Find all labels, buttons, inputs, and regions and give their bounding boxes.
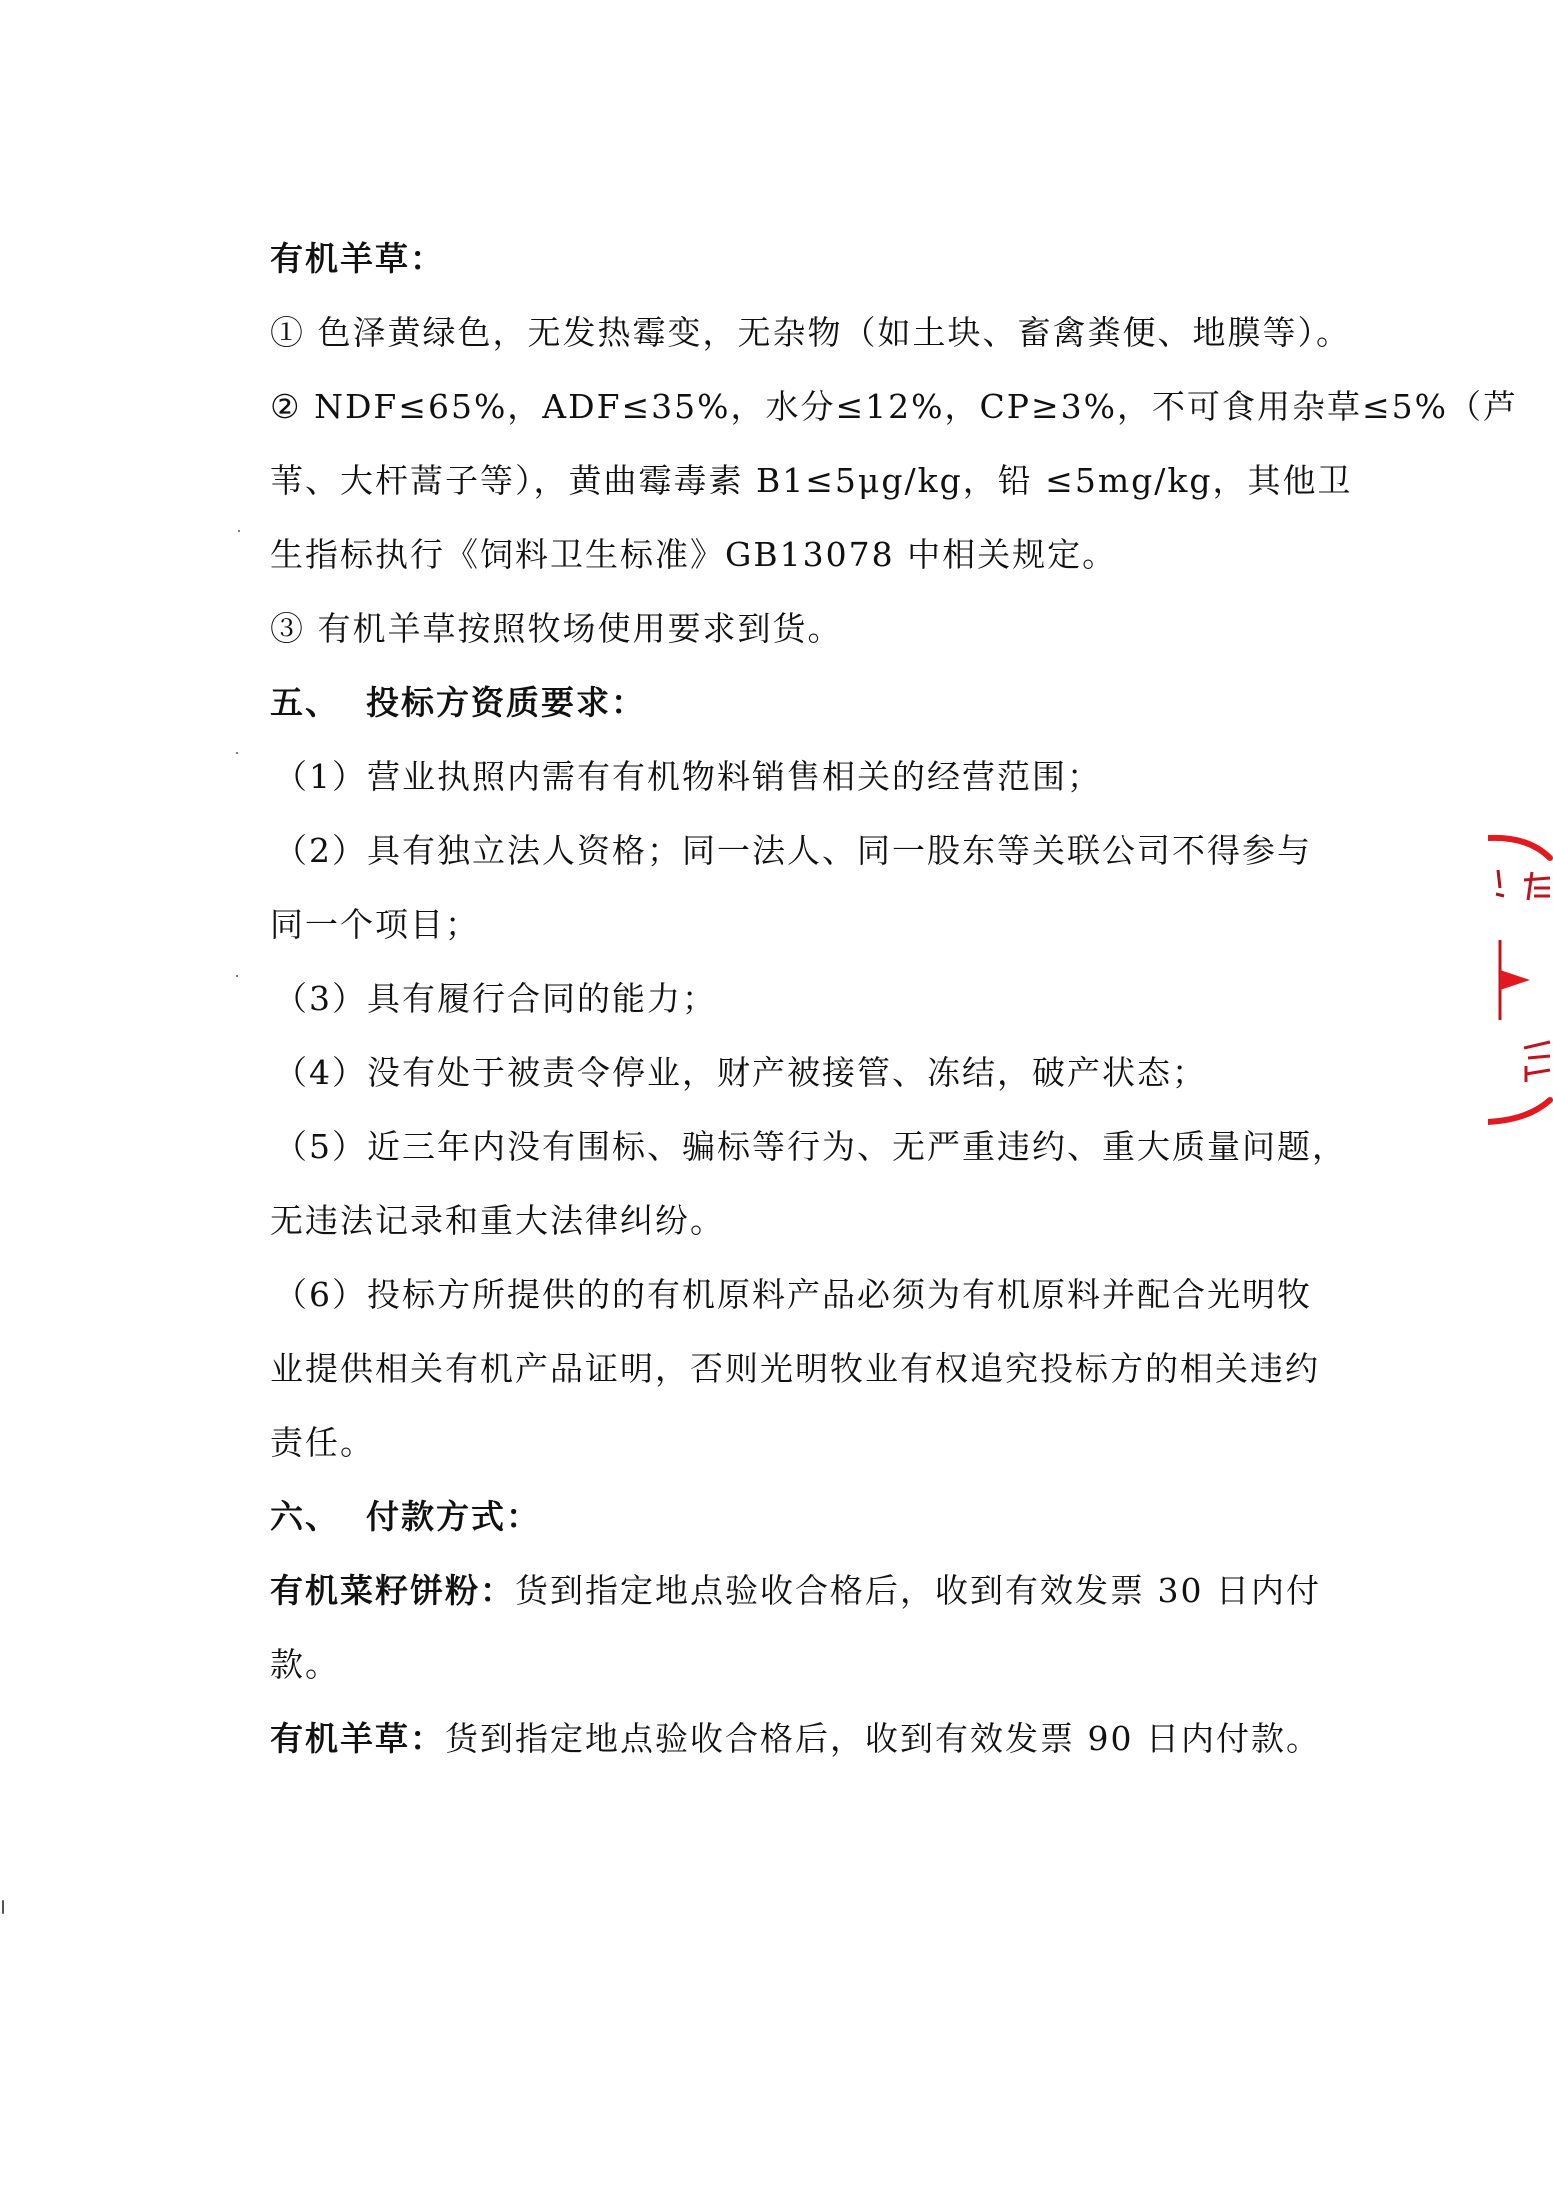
spec-line-1: ① 色泽黄绿色，无发热霉变，无杂物（如土块、畜禽粪便、地膜等）。 [270, 296, 1310, 370]
payment-item-label: 有机羊草： [270, 1719, 445, 1758]
section-title: 付款方式： [366, 1497, 541, 1536]
payment-item-text: 货到指定地点验收合格后，收到有效发票 30 日内付 [515, 1571, 1321, 1610]
qualification-item-1: （1）营业执照内需有有机物料销售相关的经营范围； [270, 740, 1310, 814]
qualification-item-5-cont: 无违法记录和重大法律纠纷。 [270, 1184, 1310, 1258]
payment-item-rapeseed-cont: 款。 [270, 1628, 1310, 1702]
payment-item-text: 货到指定地点验收合格后，收到有效发票 90 日内付款。 [445, 1719, 1321, 1758]
qualification-item-6-cont2: 责任。 [270, 1406, 1310, 1480]
qualification-item-6: （6）投标方所提供的的有机原料产品必须为有机原料并配合光明牧 [270, 1258, 1310, 1332]
spec-line-2: ② NDF≤65%，ADF≤35%，水分≤12%，CP≥3%，不可食用杂草≤5%… [270, 370, 1310, 444]
scan-speck [2, 1900, 4, 1914]
scan-speck [236, 975, 238, 977]
section-heading-organic-hay: 有机羊草： [270, 222, 1310, 296]
qualification-item-2: （2）具有独立法人资格；同一法人、同一股东等关联公司不得参与 [270, 814, 1310, 888]
company-seal-stamp [1488, 830, 1553, 1130]
section-heading-qualifications: 五、投标方资质要求： [270, 666, 1310, 740]
seal-icon [1488, 830, 1553, 1130]
spec-line-4: 生指标执行《饲料卫生标准》GB13078 中相关规定。 [270, 518, 1310, 592]
scan-speck [238, 530, 240, 532]
qualification-item-2-cont: 同一个项目； [270, 888, 1310, 962]
payment-item-hay: 有机羊草：货到指定地点验收合格后，收到有效发票 90 日内付款。 [270, 1702, 1310, 1776]
section-heading-payment: 六、付款方式： [270, 1480, 1310, 1554]
qualification-item-4: （4）没有处于被责令停业，财产被接管、冻结，破产状态； [270, 1036, 1310, 1110]
payment-item-label: 有机菜籽饼粉： [270, 1571, 515, 1610]
section-number: 六、 [270, 1497, 340, 1536]
qualification-item-6-cont: 业提供相关有机产品证明，否则光明牧业有权追究投标方的相关违约 [270, 1332, 1310, 1406]
spec-line-3: 苇、大杆蒿子等），黄曲霉毒素 B1≤5μg/kg，铅 ≤5mg/kg，其他卫 [270, 444, 1310, 518]
section-title: 投标方资质要求： [366, 683, 646, 722]
qualification-item-5: （5）近三年内没有围标、骗标等行为、无严重违约、重大质量问题， [270, 1110, 1310, 1184]
scan-speck [236, 752, 238, 754]
qualification-item-3: （3）具有履行合同的能力； [270, 962, 1310, 1036]
scanned-page: 有机羊草： ① 色泽黄绿色，无发热霉变，无杂物（如土块、畜禽粪便、地膜等）。 ②… [0, 0, 1553, 2196]
spec-line-5: ③ 有机羊草按照牧场使用要求到货。 [270, 592, 1310, 666]
payment-item-rapeseed: 有机菜籽饼粉：货到指定地点验收合格后，收到有效发票 30 日内付 [270, 1554, 1310, 1628]
document-body: 有机羊草： ① 色泽黄绿色，无发热霉变，无杂物（如土块、畜禽粪便、地膜等）。 ②… [270, 222, 1310, 1776]
section-number: 五、 [270, 683, 340, 722]
